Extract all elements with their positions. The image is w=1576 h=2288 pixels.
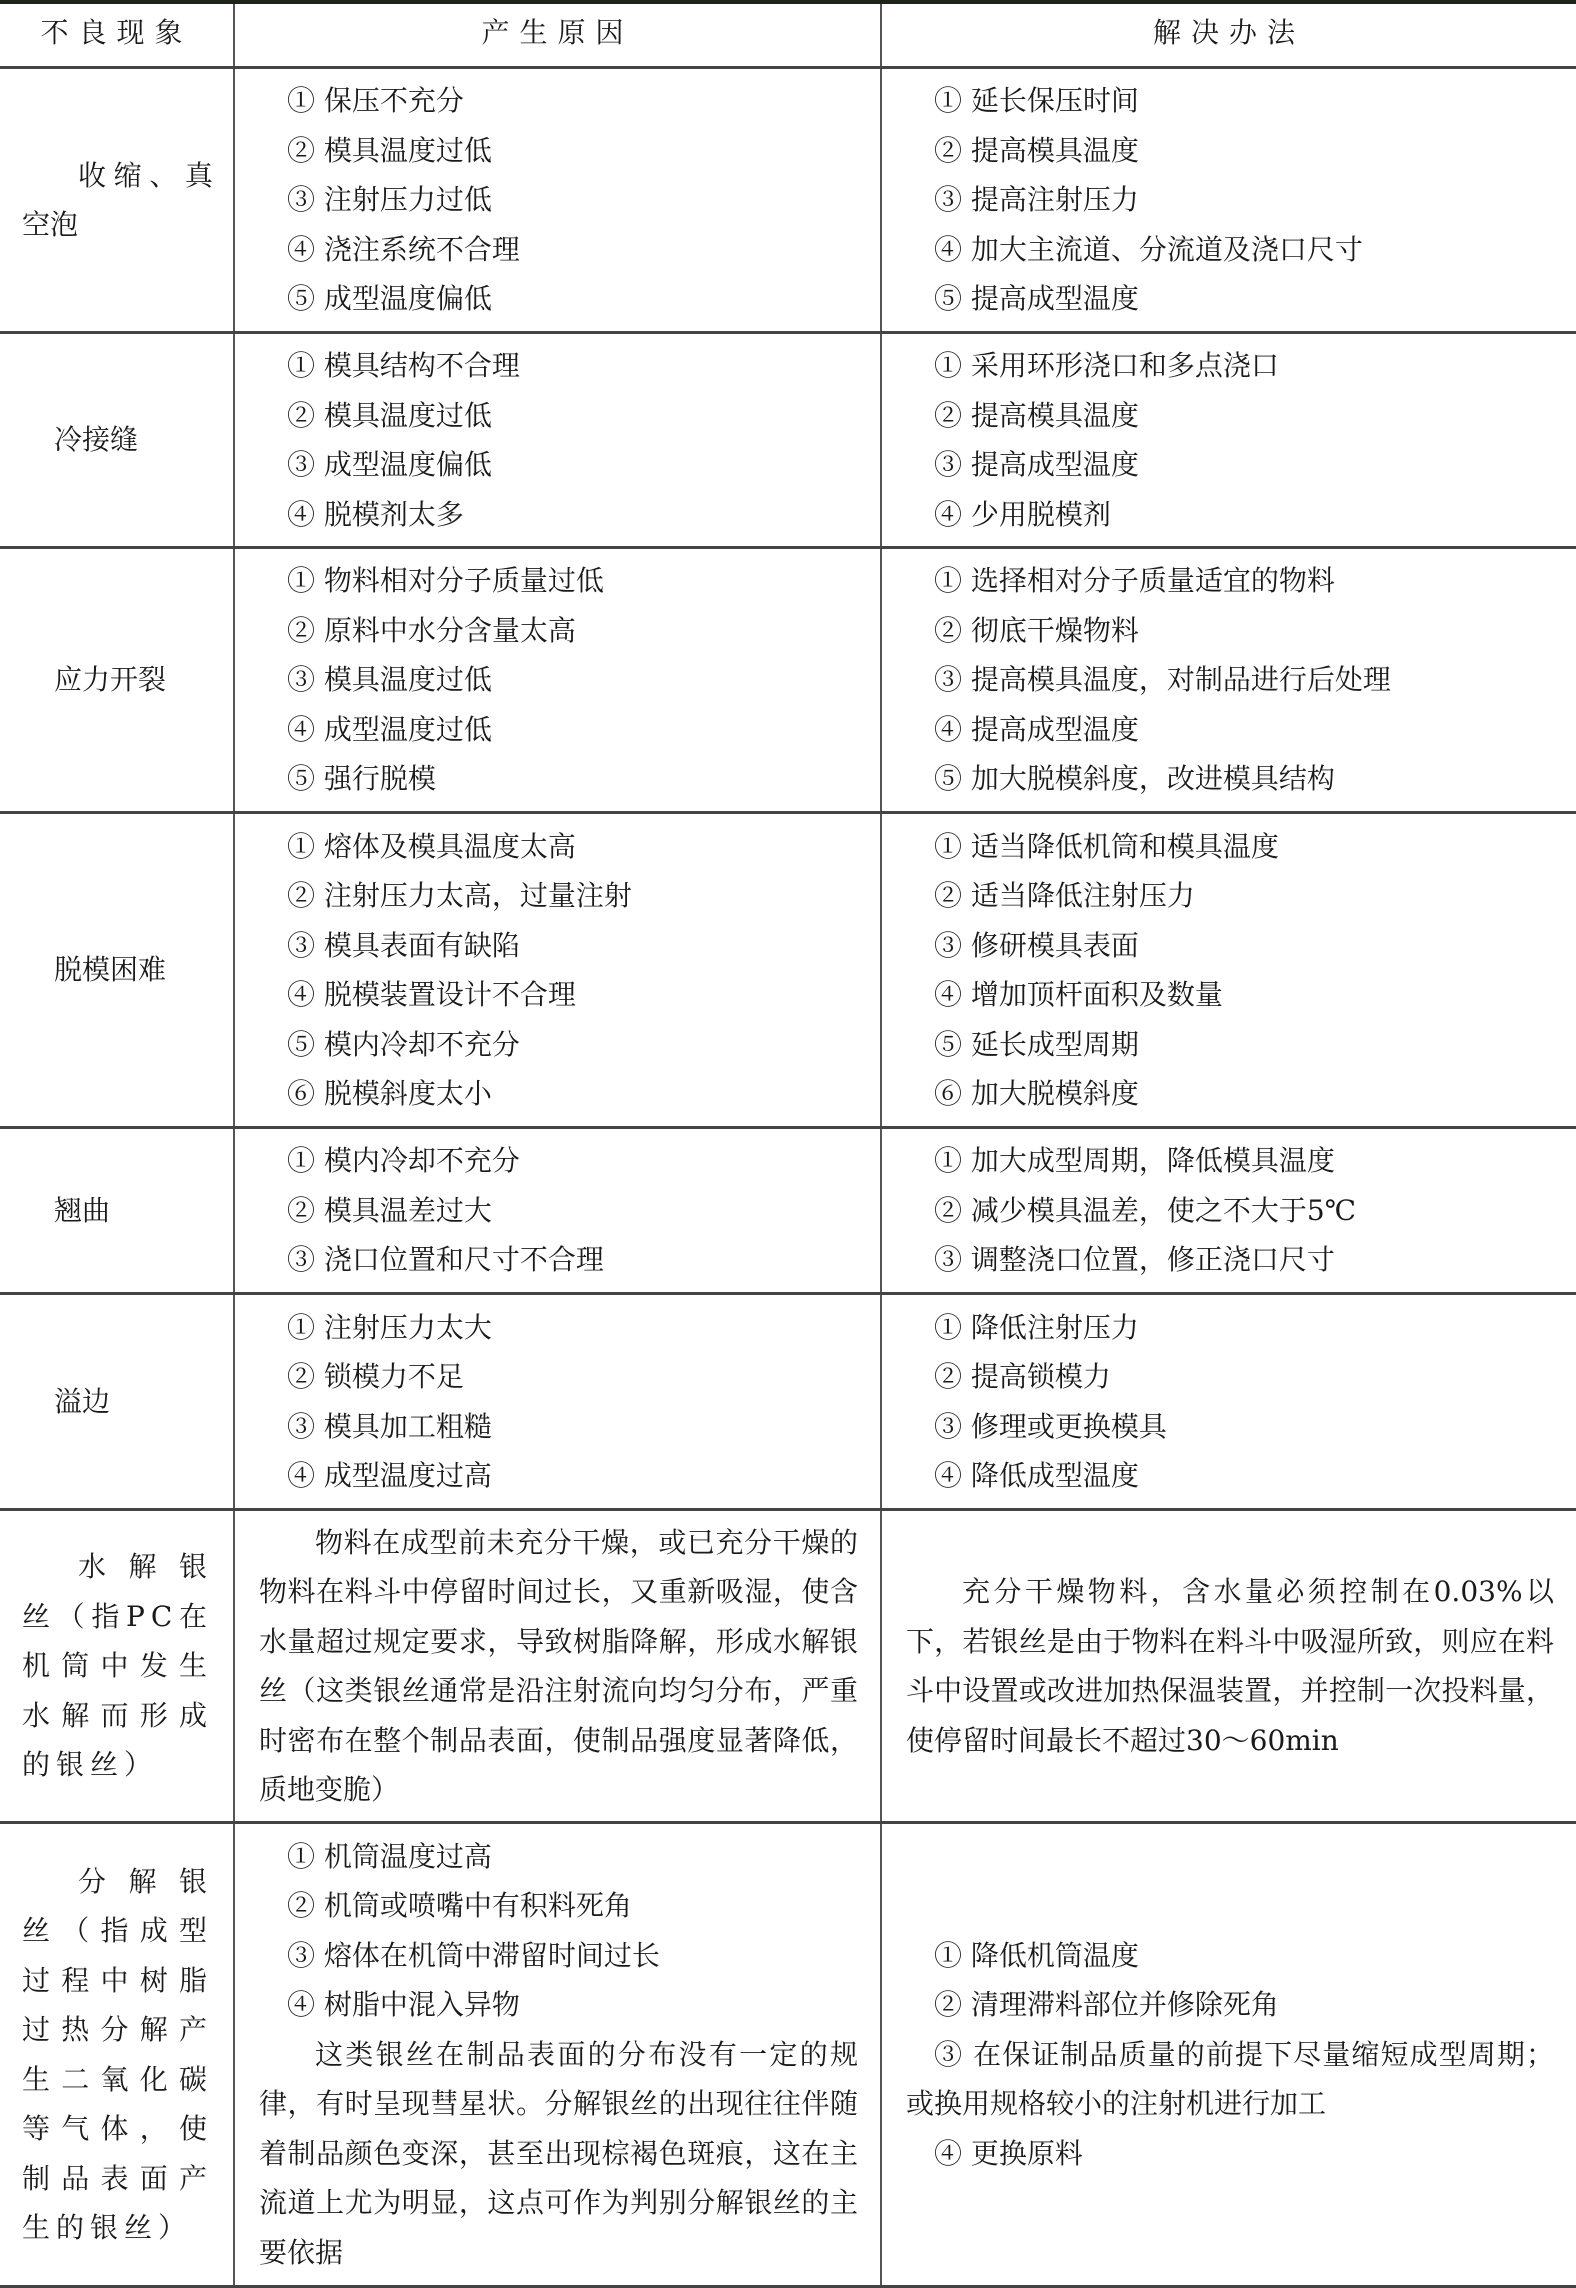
defects-table: 不良现象 产生原因 解决办法 收缩、真空泡 ① 保压不充分 ② 模具温度过低 ③… [0,0,1576,2286]
solution-item: ③ 修理或更换模具 [934,1402,1562,1452]
causes-cell: ① 注射压力太大 ② 锁模力不足 ③ 模具加工粗糙 ④ 成型温度过高 [234,1294,881,1510]
cause-item: ③ 注射压力过低 [287,175,866,225]
solution-item: ① 延长保压时间 [934,76,1562,126]
solutions-cell: ① 加大成型周期，降低模具温度 ② 减少模具温差，使之不大于5℃ ③ 调整浇口位… [881,1128,1576,1294]
solution-item: ② 提高锁模力 [934,1352,1562,1402]
cause-item: ② 原料中水分含量太高 [287,606,866,656]
solution-item: ④ 加大主流道、分流道及浇口尺寸 [934,225,1562,275]
solution-item: ① 选择相对分子质量适宜的物料 [934,556,1562,606]
cause-item: ⑤ 成型温度偏低 [287,274,866,324]
cause-item: ② 模具温度过低 [287,126,866,176]
causes-cell: ① 熔体及模具温度太高 ② 注射压力太高，过量注射 ③ 模具表面有缺陷 ④ 脱模… [234,813,881,1128]
cause-item: ⑤ 模内冷却不充分 [287,1020,866,1070]
solution-item: ④ 少用脱模剂 [934,490,1562,540]
causes-cell: 物料在成型前未充分干燥，或已充分干燥的物料在料斗中停留时间过长，又重新吸湿，使含… [234,1510,881,1823]
cause-paragraph: 这类银丝在制品表面的分布没有一定的规律，有时呈现彗星状。分解银丝的出现往往伴随着… [259,2030,858,2278]
solutions-cell: ① 选择相对分子质量适宜的物料 ② 彻底干燥物料 ③ 提高模具温度，对制品进行后… [881,548,1576,813]
causes-cell: ① 物料相对分子质量过低 ② 原料中水分含量太高 ③ 模具温度过低 ④ 成型温度… [234,548,881,813]
solution-item: ④ 降低成型温度 [934,1451,1562,1501]
table-top-rule [0,0,1576,4]
cause-item: ② 模具温差过大 [287,1186,866,1236]
solutions-cell: 充分干燥物料，含水量必须控制在0.03%以下，若银丝是由于物料在料斗中吸湿所致，… [881,1510,1576,1823]
cause-item: ③ 熔体在机筒中滞留时间过长 [259,1931,858,1981]
solution-item: ③ 提高模具温度，对制品进行后处理 [934,655,1562,705]
solution-item: ② 清理滞料部位并修除死角 [906,1980,1554,2030]
cause-item: ③ 模具加工粗糙 [287,1402,866,1452]
cause-item: ⑤ 强行脱模 [287,754,866,804]
solutions-cell: ① 适当降低机筒和模具温度 ② 适当降低注射压力 ③ 修研模具表面 ④ 增加顶杆… [881,813,1576,1128]
cause-item: ① 物料相对分子质量过低 [287,556,866,606]
cause-item: ④ 树脂中混入异物 [259,1980,858,2030]
table-row: 冷接缝 ① 模具结构不合理 ② 模具温度过低 ③ 成型温度偏低 ④ 脱模剂太多 … [0,333,1576,548]
header-causes: 产生原因 [234,0,881,68]
table-row: 应力开裂 ① 物料相对分子质量过低 ② 原料中水分含量太高 ③ 模具温度过低 ④… [0,548,1576,813]
table-row: 分解银丝（指成型过程中树脂过热分解产生二氧化碳等气体，使制品表面产生的银丝） ①… [0,1823,1576,2287]
cause-item: ① 保压不充分 [287,76,866,126]
cause-item: ④ 脱模装置设计不合理 [287,970,866,1020]
solution-item: ③ 提高注射压力 [934,175,1562,225]
solution-item: ④ 增加顶杆面积及数量 [934,970,1562,1020]
cause-item: ④ 成型温度过高 [287,1451,866,1501]
cause-paragraph: 物料在成型前未充分干燥，或已充分干燥的物料在料斗中停留时间过长，又重新吸湿，使含… [259,1518,858,1815]
causes-cell: ① 保压不充分 ② 模具温度过低 ③ 注射压力过低 ④ 浇注系统不合理 ⑤ 成型… [234,68,881,333]
cause-item: ⑥ 脱模斜度太小 [287,1069,866,1119]
solution-item: ② 减少模具温差，使之不大于5℃ [934,1186,1562,1236]
solution-item: ③ 修研模具表面 [934,921,1562,971]
solutions-cell: ① 采用环形浇口和多点浇口 ② 提高模具温度 ③ 提高成型温度 ④ 少用脱模剂 [881,333,1576,548]
solution-item: ① 降低机筒温度 [906,1931,1554,1981]
cause-item: ③ 成型温度偏低 [287,440,866,490]
solution-item: ⑤ 提高成型温度 [934,274,1562,324]
solution-item: ④ 提高成型温度 [934,705,1562,755]
table-row: 脱模困难 ① 熔体及模具温度太高 ② 注射压力太高，过量注射 ③ 模具表面有缺陷… [0,813,1576,1128]
cause-item: ① 模具结构不合理 [287,341,866,391]
phenomenon-cell: 收缩、真空泡 [0,68,234,333]
phenomenon-cell: 翘曲 [0,1128,234,1294]
cause-item: ② 锁模力不足 [287,1352,866,1402]
phenomenon-cell: 应力开裂 [0,548,234,813]
cause-item: ② 机筒或喷嘴中有积料死角 [259,1881,858,1931]
solutions-cell: ① 降低机筒温度 ② 清理滞料部位并修除死角 ③ 在保证制品质量的前提下尽量缩短… [881,1823,1576,2287]
cause-item: ④ 成型温度过低 [287,705,866,755]
solution-item: ① 加大成型周期，降低模具温度 [934,1136,1562,1186]
table-header-row: 不良现象 产生原因 解决办法 [0,0,1576,68]
causes-cell: ① 模具结构不合理 ② 模具温度过低 ③ 成型温度偏低 ④ 脱模剂太多 [234,333,881,548]
causes-cell: ① 机筒温度过高 ② 机筒或喷嘴中有积料死角 ③ 熔体在机筒中滞留时间过长 ④ … [234,1823,881,2287]
solution-item: ② 适当降低注射压力 [934,871,1562,921]
phenomenon-cell: 水解银丝（指PC在机筒中发生水解而形成的银丝） [0,1510,234,1823]
cause-item: ③ 浇口位置和尺寸不合理 [287,1235,866,1285]
solution-item: ⑤ 延长成型周期 [934,1020,1562,1070]
cause-item: ① 注射压力太大 [287,1303,866,1353]
solution-item: ③ 调整浇口位置，修正浇口尺寸 [934,1235,1562,1285]
solution-item: ③ 提高成型温度 [934,440,1562,490]
solution-item: ② 提高模具温度 [934,391,1562,441]
solution-paragraph: 充分干燥物料，含水量必须控制在0.03%以下，若银丝是由于物料在料斗中吸湿所致，… [906,1567,1554,1765]
phenomenon-cell: 脱模困难 [0,813,234,1128]
phenomenon-cell: 冷接缝 [0,333,234,548]
solutions-cell: ① 延长保压时间 ② 提高模具温度 ③ 提高注射压力 ④ 加大主流道、分流道及浇… [881,68,1576,333]
table-row: 溢边 ① 注射压力太大 ② 锁模力不足 ③ 模具加工粗糙 ④ 成型温度过高 ① … [0,1294,1576,1510]
cause-item: ③ 模具表面有缺陷 [287,921,866,971]
cause-item: ① 模内冷却不充分 [287,1136,866,1186]
table-row: 翘曲 ① 模内冷却不充分 ② 模具温差过大 ③ 浇口位置和尺寸不合理 ① 加大成… [0,1128,1576,1294]
solution-paragraph: ③ 在保证制品质量的前提下尽量缩短成型周期；或换用规格较小的注射机进行加工 [906,2030,1554,2129]
solution-item: ⑥ 加大脱模斜度 [934,1069,1562,1119]
cause-item: ② 模具温度过低 [287,391,866,441]
solution-item: ① 适当降低机筒和模具温度 [934,822,1562,872]
cause-item: ② 注射压力太高，过量注射 [287,871,866,921]
solution-item: ② 彻底干燥物料 [934,606,1562,656]
cause-item: ① 机筒温度过高 [259,1832,858,1882]
cause-item: ① 熔体及模具温度太高 [287,822,866,872]
solution-item: ① 降低注射压力 [934,1303,1562,1353]
header-phenomenon: 不良现象 [0,0,234,68]
phenomenon-cell: 分解银丝（指成型过程中树脂过热分解产生二氧化碳等气体，使制品表面产生的银丝） [0,1823,234,2287]
solution-item: ① 采用环形浇口和多点浇口 [934,341,1562,391]
phenomenon-cell: 溢边 [0,1294,234,1510]
cause-item: ③ 模具温度过低 [287,655,866,705]
table-row: 收缩、真空泡 ① 保压不充分 ② 模具温度过低 ③ 注射压力过低 ④ 浇注系统不… [0,68,1576,333]
causes-cell: ① 模内冷却不充分 ② 模具温差过大 ③ 浇口位置和尺寸不合理 [234,1128,881,1294]
cause-item: ④ 脱模剂太多 [287,490,866,540]
solution-item: ④ 更换原料 [906,2129,1554,2179]
table-row: 水解银丝（指PC在机筒中发生水解而形成的银丝） 物料在成型前未充分干燥，或已充分… [0,1510,1576,1823]
header-solutions: 解决办法 [881,0,1576,68]
solutions-cell: ① 降低注射压力 ② 提高锁模力 ③ 修理或更换模具 ④ 降低成型温度 [881,1294,1576,1510]
cause-item: ④ 浇注系统不合理 [287,225,866,275]
solution-item: ⑤ 加大脱模斜度，改进模具结构 [934,754,1562,804]
solution-item: ② 提高模具温度 [934,126,1562,176]
